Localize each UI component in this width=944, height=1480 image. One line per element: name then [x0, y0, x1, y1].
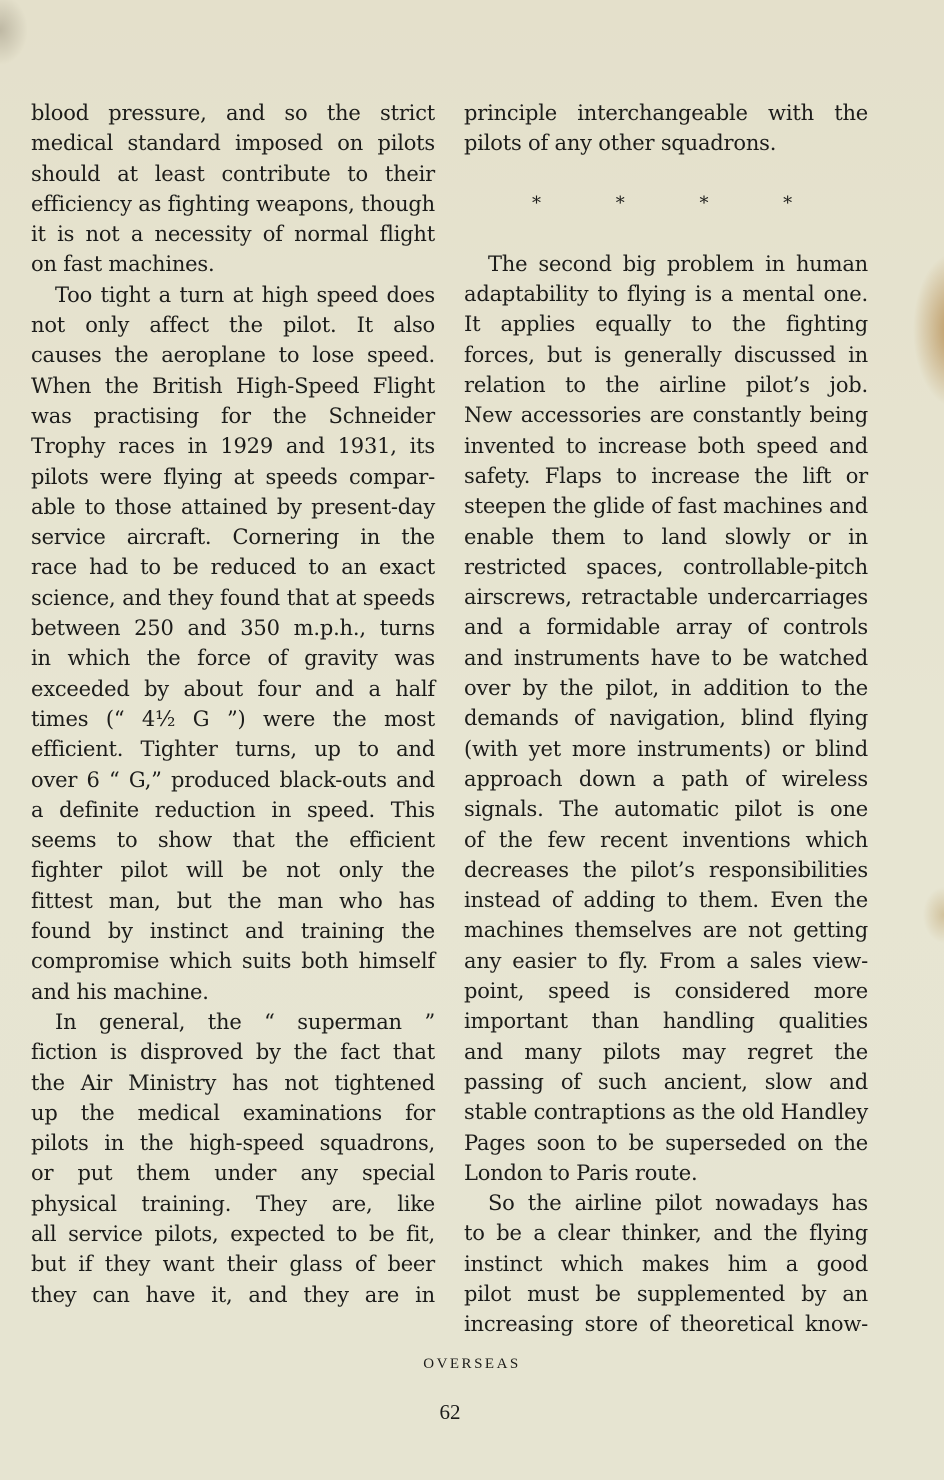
text-line: restricted spaces, controllable-pitch [464, 552, 868, 582]
text-line: enable them to land slowly or in [464, 522, 868, 552]
text-line: London to Paris route. [464, 1158, 868, 1188]
text-line: over 6 “ G,” produced black-outs and [31, 765, 435, 795]
text-line: forces, but is generally discussed in [464, 340, 868, 370]
text-line: Trophy races in 1929 and 1931, its [31, 431, 435, 461]
text-line: When the British High-Speed Flight [31, 371, 435, 401]
text-line: they can have it, and they are in [31, 1280, 435, 1310]
text-line: the Air Ministry has not tightened [31, 1068, 435, 1098]
asterisk: * [783, 189, 792, 219]
text-line: efficient. Tighter turns, up to and [31, 734, 435, 764]
text-line: principle interchangeable with the [464, 98, 868, 128]
text-line: important than handling qualities [464, 1006, 868, 1036]
text-line: science, and they found that at speeds [31, 583, 435, 613]
text-line: able to those attained by present-day [31, 492, 435, 522]
text-line: physical training. They are, like [31, 1189, 435, 1219]
text-line: it is not a necessity of normal flight [31, 219, 435, 249]
text-line: increasing store of theoretical know- [464, 1309, 868, 1339]
asterisk: * [699, 189, 708, 219]
text-line: pilot must be supplemented by an [464, 1279, 868, 1309]
asterisk: * [616, 189, 625, 219]
text-line: was practising for the Schneider [31, 401, 435, 431]
text-line: The second big problem in human [464, 249, 868, 279]
text-line: not only affect the pilot. It also [31, 310, 435, 340]
text-line: instead of adding to them. Even the [464, 885, 868, 915]
text-line: blood pressure, and so the strict [31, 98, 435, 128]
text-line: (with yet more instruments) or blind [464, 734, 868, 764]
text-line: in which the force of gravity was [31, 643, 435, 673]
text-line: service aircraft. Cornering in the [31, 522, 435, 552]
text-line: should at least contribute to their [31, 159, 435, 189]
page-number: 62 [0, 1400, 900, 1425]
text-line: So the airline pilot nowadays has [464, 1188, 868, 1218]
text-line: Pages soon to be superseded on the [464, 1128, 868, 1158]
text-line: seems to show that the efficient [31, 825, 435, 855]
text-line: fighter pilot will be not only the [31, 855, 435, 885]
text-line: up the medical examinations for [31, 1098, 435, 1128]
text-line: Too tight a turn at high speed does [31, 280, 435, 310]
text-line: safety. Flaps to increase the lift or [464, 461, 868, 491]
text-line: invented to increase both speed and [464, 431, 868, 461]
text-line: approach down a path of wireless [464, 764, 868, 794]
text-line: between 250 and 350 m.p.h., turns [31, 613, 435, 643]
text-line: all service pilots, expected to be fit, [31, 1219, 435, 1249]
text-line: New accessories are constantly being [464, 400, 868, 430]
text-line: It applies equally to the fighting [464, 309, 868, 339]
text-line: times (“ 4½ G ”) were the most [31, 704, 435, 734]
text-line: over by the pilot, in addition to the [464, 673, 868, 703]
text-line: signals. The automatic pilot is one [464, 794, 868, 824]
text-line: pilots in the high-speed squadrons, [31, 1128, 435, 1158]
section-separator: * * * * [532, 189, 792, 219]
text-line: efficiency as fighting weapons, though [31, 189, 435, 219]
text-line: In general, the “ superman ” [31, 1007, 435, 1037]
text-line: relation to the airline pilot’s job. [464, 370, 868, 400]
text-line: race had to be reduced to an exact [31, 552, 435, 582]
text-line: a definite reduction in speed. This [31, 795, 435, 825]
text-line: passing of such ancient, slow and [464, 1067, 868, 1097]
publication-title: OVERSEAS [0, 1356, 944, 1373]
left-column: blood pressure, and so the strictmedical… [31, 98, 435, 1310]
text-line: found by instinct and training the [31, 916, 435, 946]
text-line: but if they want their glass of beer [31, 1249, 435, 1279]
text-line: on fast machines. [31, 249, 435, 279]
document-page: blood pressure, and so the strictmedical… [0, 0, 944, 1480]
text-line: or put them under any special [31, 1158, 435, 1188]
text-line: and instruments have to be watched [464, 643, 868, 673]
text-line: medical standard imposed on pilots [31, 128, 435, 158]
text-line: and a formidable array of controls [464, 612, 868, 642]
text-line: exceeded by about four and a half [31, 674, 435, 704]
text-line: and many pilots may regret the [464, 1037, 868, 1067]
text-line: adaptability to flying is a mental one. [464, 279, 868, 309]
text-line: decreases the pilot’s responsibilities [464, 855, 868, 885]
text-line: of the few recent inventions which [464, 825, 868, 855]
text-line: and his machine. [31, 977, 435, 1007]
text-line: airscrews, retractable undercarriages [464, 582, 868, 612]
text-line: machines themselves are not getting [464, 915, 868, 945]
text-line: demands of navigation, blind flying [464, 703, 868, 733]
text-line: causes the aeroplane to lose speed. [31, 340, 435, 370]
text-line: stable contraptions as the old Handley [464, 1097, 868, 1127]
text-line: to be a clear thinker, and the flying [464, 1218, 868, 1248]
text-line: pilots of any other squadrons. [464, 128, 868, 158]
text-line: instinct which makes him a good [464, 1249, 868, 1279]
right-column: principle interchangeable with thepilots… [464, 98, 868, 1340]
text-line: compromise which suits both himself [31, 946, 435, 976]
text-line: pilots were flying at speeds compar- [31, 462, 435, 492]
text-line: fittest man, but the man who has [31, 886, 435, 916]
text-line: fiction is disproved by the fact that [31, 1037, 435, 1067]
asterisk: * [532, 189, 541, 219]
text-line: steepen the glide of fast machines and [464, 491, 868, 521]
text-line: point, speed is considered more [464, 976, 868, 1006]
text-line: any easier to fly. From a sales view- [464, 946, 868, 976]
